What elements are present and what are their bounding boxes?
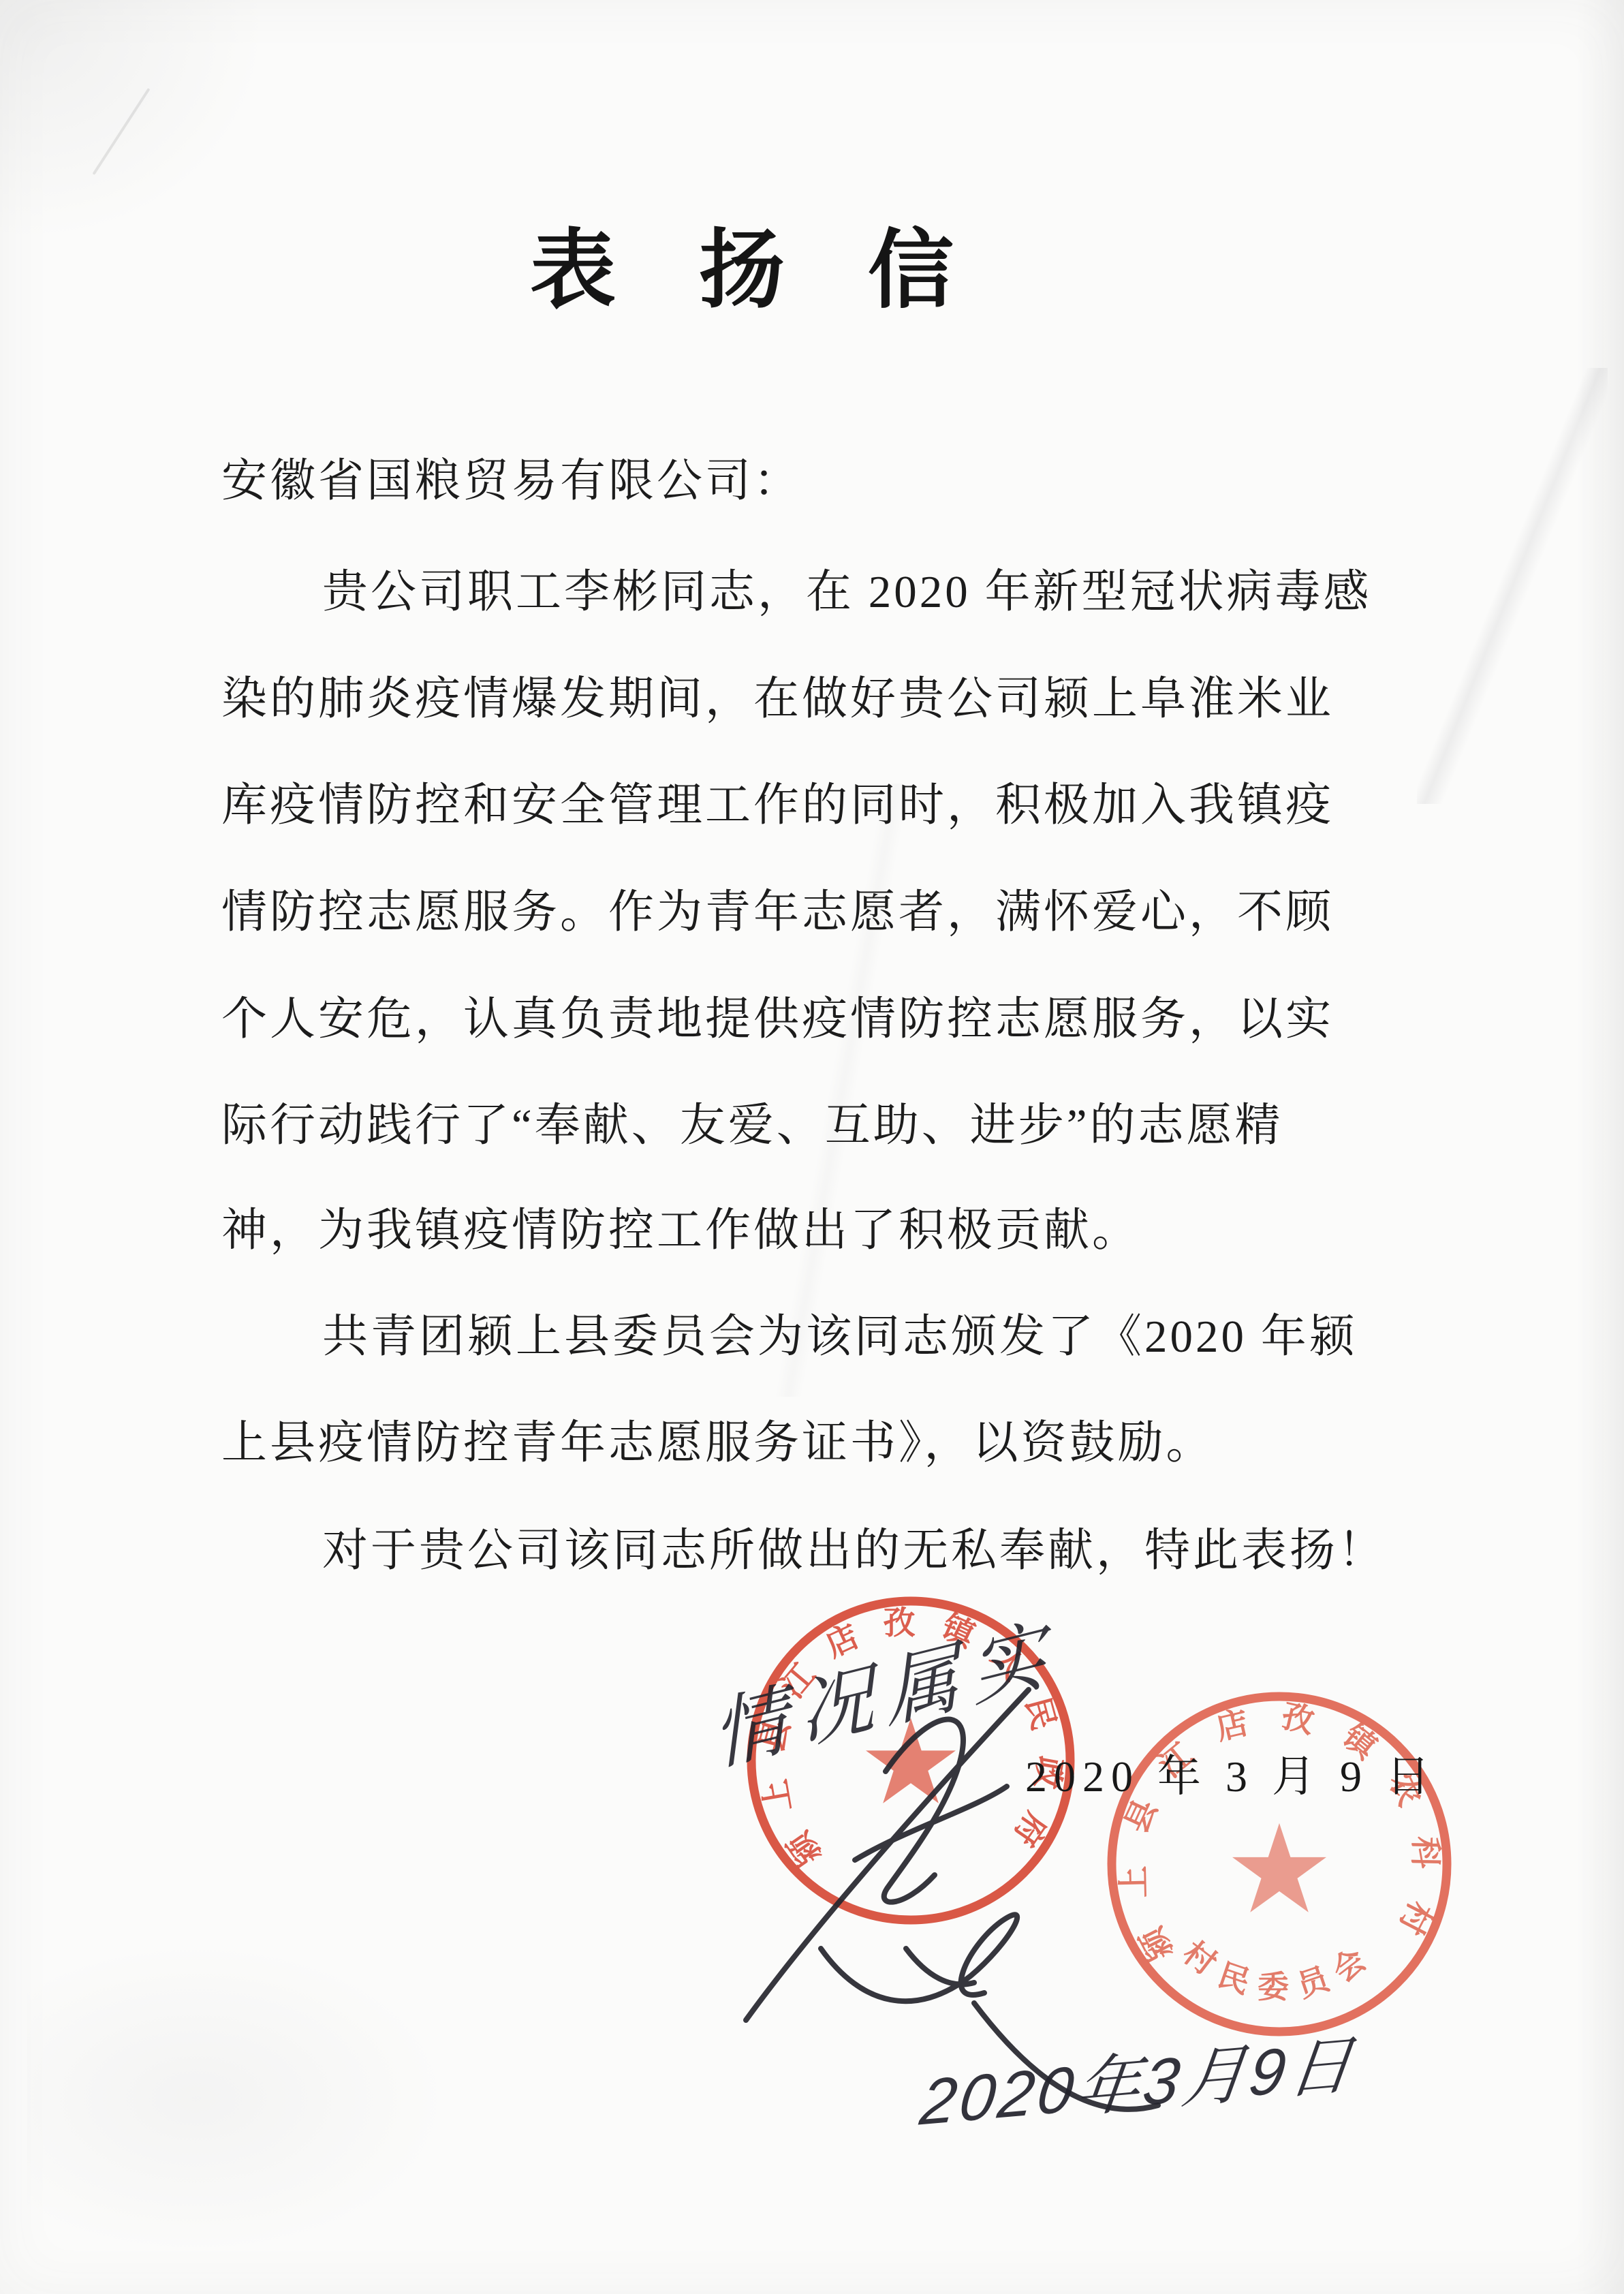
body-line: 染的肺炎疫情爆发期间，在做好贵公司颍上阜淮米业 xyxy=(221,662,1441,728)
body-line: 神，为我镇疫情防控工作做出了积极贡献。 xyxy=(221,1194,1441,1259)
paper-wrinkle xyxy=(27,1942,450,2255)
scanned-letter-page: 表扬信 安徽省国粮贸易有限公司： 贵公司职工李彬同志，在 2020 年新型冠状病… xyxy=(0,0,1624,2294)
body-line: 情防控志愿服务。作为青年志愿者，满怀爱心，不顾 xyxy=(221,875,1441,941)
paper-crease xyxy=(1417,368,1608,804)
salutation: 安徽省国粮贸易有限公司： xyxy=(221,444,802,510)
body-line: 贵公司职工李彬同志，在 2020 年新型冠状病毒感 xyxy=(221,555,1441,621)
body-line: 个人安危，认真负责地提供疫情防控志愿服务，以实 xyxy=(221,982,1441,1048)
scan-corner-shadow xyxy=(0,0,286,259)
body-line: 共青团颍上县委员会为该同志颁发了《2020 年颍 xyxy=(221,1300,1441,1365)
body-line: 际行动践行了“奉献、友爱、互助、进步”的志愿精 xyxy=(221,1089,1441,1154)
letter-title: 表扬信 xyxy=(530,202,1037,325)
body-line: 库疫情防控和安全管理工作的同时，积极加入我镇疫 xyxy=(221,769,1441,834)
handwritten-signature xyxy=(681,1567,1431,2248)
scan-edge-shadow xyxy=(1576,0,1624,2294)
body-line: 上县疫情防控青年志愿服务证书》，以资鼓励。 xyxy=(221,1406,1441,1472)
